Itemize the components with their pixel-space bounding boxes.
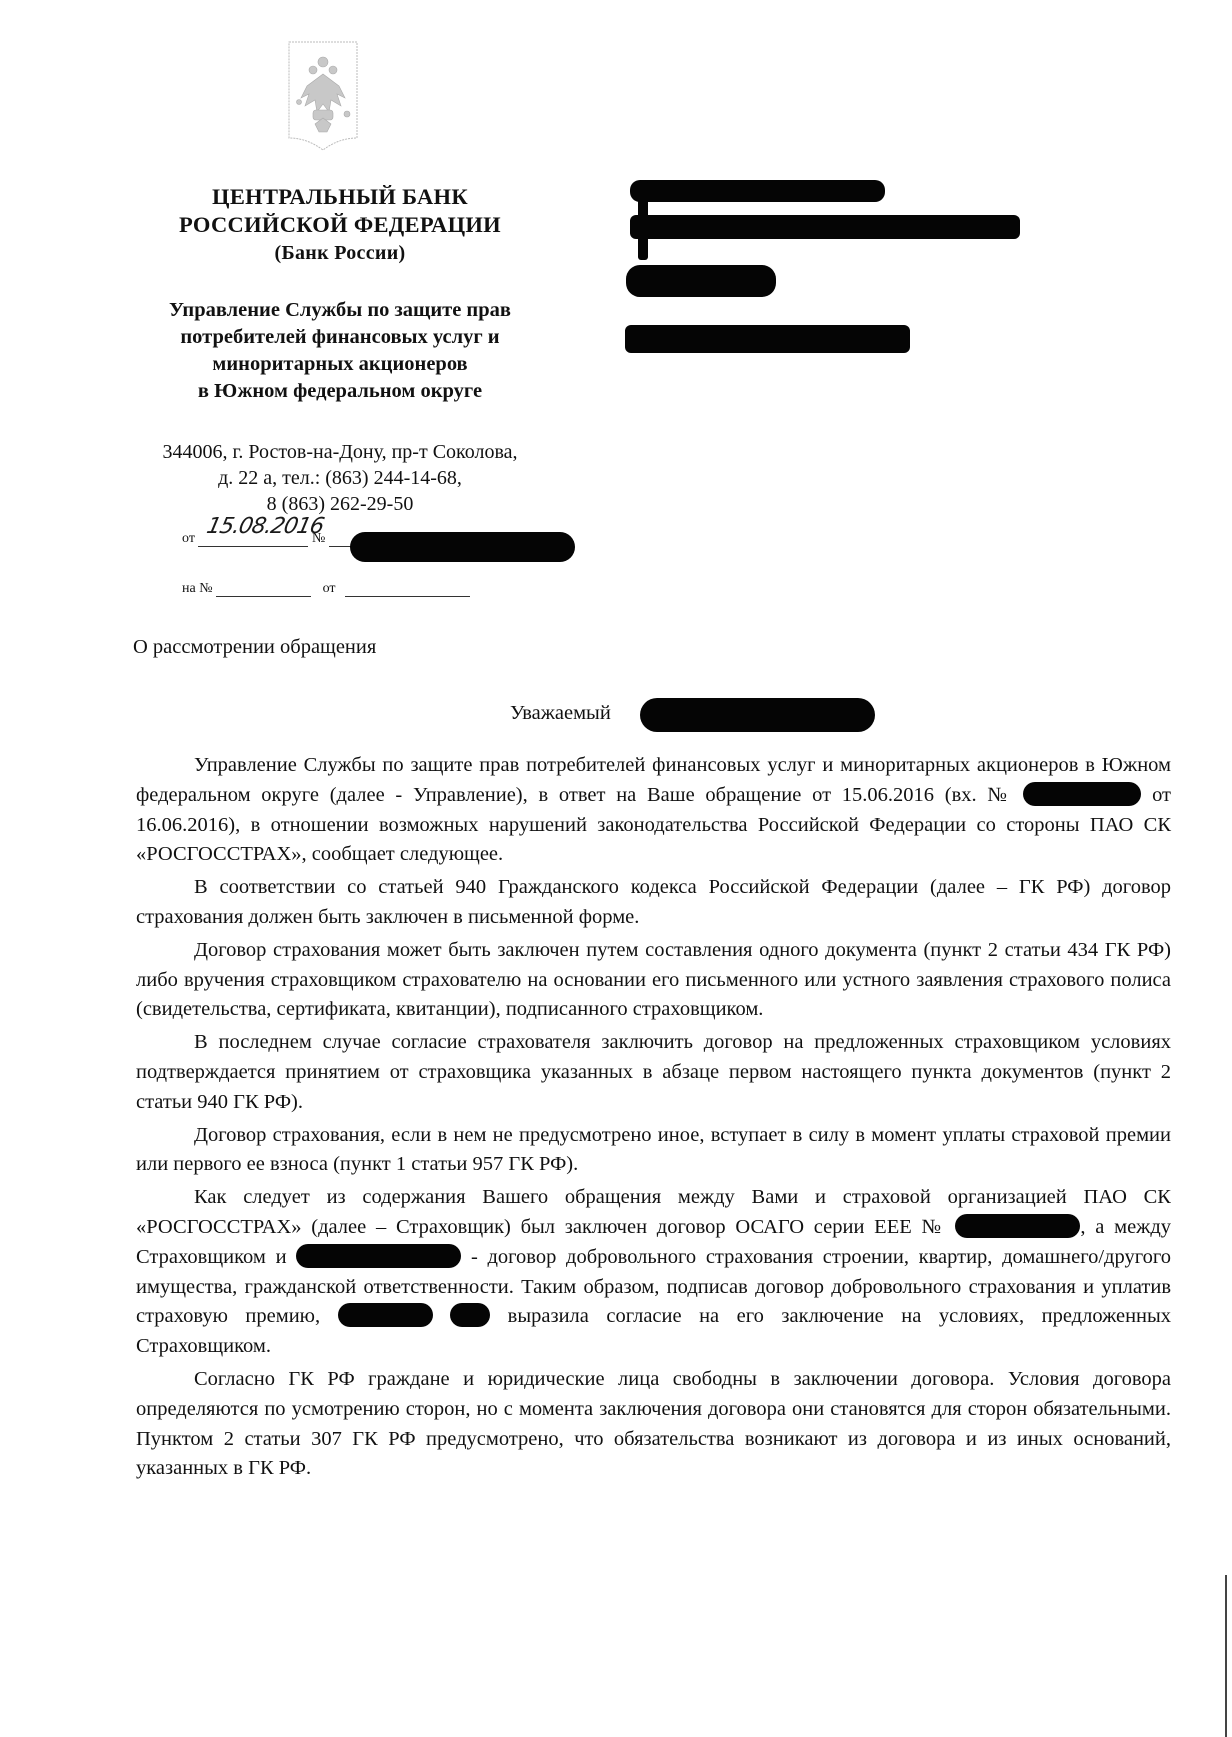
bank-name-line1: ЦЕНТРАЛЬНЫЙ БАНК (130, 183, 550, 211)
recipient-line-redacted (638, 180, 648, 260)
dept-line3: миноритарных акционеров (120, 351, 560, 378)
paragraph-2: В соответствии со статьей 940 Гражданско… (136, 873, 1171, 933)
dept-line1: Управление Службы по защите прав (120, 297, 560, 324)
paragraph-5: Договор страхования, если в нем не преду… (136, 1121, 1171, 1181)
paragraph-6: Как следует из содержания Вашего обращен… (136, 1183, 1171, 1362)
redacted-person (296, 1244, 461, 1268)
reply-reference-line: на № от (182, 578, 470, 597)
address-line1: 344006, г. Ростов-на-Дону, пр-т Соколова… (110, 439, 570, 465)
coat-of-arms-icon (287, 40, 359, 152)
address-block: 344006, г. Ростов-на-Дону, пр-т Соколова… (110, 439, 570, 517)
letter-body: Управление Службы по защите прав потреби… (136, 751, 1171, 1487)
paragraph-7: Согласно ГК РФ граждане и юридические ли… (136, 1365, 1171, 1484)
salutation-text: Уважаемый (510, 702, 611, 724)
dept-line4: в Южном федеральном округе (120, 378, 560, 405)
reply-number-field (216, 578, 311, 597)
recipient-line-redacted (630, 215, 1020, 239)
paragraph-3: Договор страхования может быть заключен … (136, 936, 1171, 1025)
redacted-incoming-number (1023, 782, 1141, 806)
bank-name: ЦЕНТРАЛЬНЫЙ БАНК РОССИЙСКОЙ ФЕДЕРАЦИИ (Б… (130, 183, 550, 267)
bank-name-line2: РОССИЙСКОЙ ФЕДЕРАЦИИ (130, 211, 550, 239)
redacted-policy-number (955, 1214, 1080, 1238)
recipient-line-redacted (626, 265, 776, 297)
reply-from-label: от (323, 581, 336, 596)
scan-edge (1225, 1575, 1227, 1737)
from-label: от (182, 531, 195, 546)
address-line3: 8 (863) 262-29-50 (110, 491, 570, 517)
redacted-name (640, 698, 875, 732)
department-name: Управление Службы по защите прав потреби… (120, 297, 560, 405)
address-line2: д. 22 а, тел.: (863) 244-14-68, (110, 465, 570, 491)
recipient-line-redacted (625, 325, 910, 353)
redacted-number (350, 532, 575, 562)
paragraph-1-text: Управление Службы по защите прав потреби… (136, 754, 1171, 806)
recipient-line-redacted (630, 180, 885, 202)
handwritten-date: 15.08.2016 (204, 514, 325, 539)
redacted-person (450, 1303, 490, 1327)
reply-number-label: на № (182, 581, 213, 596)
redacted-person (338, 1303, 433, 1327)
paragraph-1: Управление Службы по защите прав потреби… (136, 751, 1171, 870)
letter-subject: О рассмотрении обращения (133, 636, 376, 659)
salutation: Уважаемый (510, 702, 611, 725)
reply-date-field (345, 578, 470, 597)
bank-name-line3: (Банк России) (130, 239, 550, 267)
dept-line2: потребителей финансовых услуг и (120, 324, 560, 351)
paragraph-4: В последнем случае согласие страхователя… (136, 1028, 1171, 1117)
